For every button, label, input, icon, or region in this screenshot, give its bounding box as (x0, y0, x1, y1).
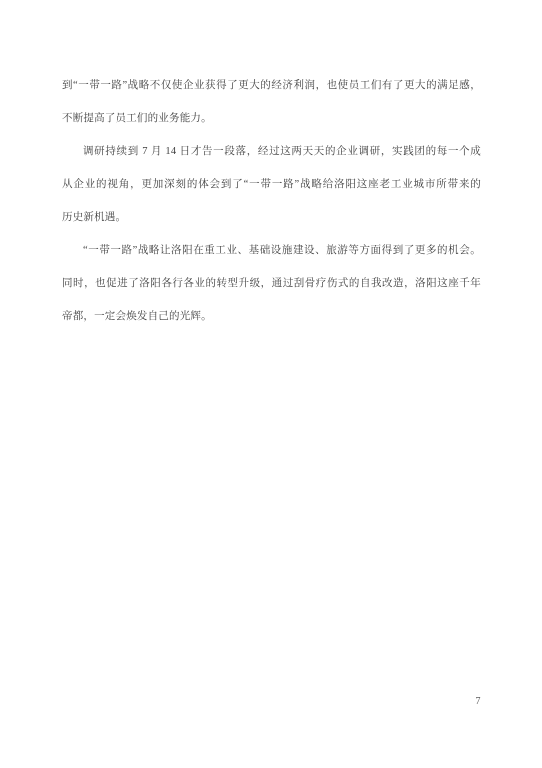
text-line: 帝都，一定会焕发自己的光辉。 (62, 300, 481, 333)
text-line: 调研持续到 7 月 14 日才告一段落，经过这两天天的企业调研，实践团的每一个成… (62, 135, 481, 168)
text-line: 历史新机遇。 (62, 201, 481, 234)
paragraph: “一带一路”战略让洛阳在重工业、基础设施建设、旅游等方面得到了更多的机会。同时，… (62, 234, 481, 333)
paragraph: 到“一带一路”战略不仅使企业获得了更大的经济利润，也使员工们有了更大的满足感，不… (62, 69, 481, 135)
text-line: 同时，也促进了洛阳各行各业的转型升级，通过刮骨疗伤式的自我改造，洛阳这座千年 (62, 267, 481, 300)
text-line: 从企业的视角，更加深刻的体会到了“一带一路”战略给洛阳这座老工业城市所带来的 (62, 168, 481, 201)
text-line: 不断提高了员工们的业务能力。 (62, 102, 481, 135)
page-number: 7 (468, 692, 488, 712)
document-body: 到“一带一路”战略不仅使企业获得了更大的经济利润，也使员工们有了更大的满足感，不… (62, 69, 481, 333)
text-line: “一带一路”战略让洛阳在重工业、基础设施建设、旅游等方面得到了更多的机会。 (62, 234, 481, 267)
paragraph: 调研持续到 7 月 14 日才告一段落，经过这两天天的企业调研，实践团的每一个成… (62, 135, 481, 234)
text-line: 到“一带一路”战略不仅使企业获得了更大的经济利润，也使员工们有了更大的满足感， (62, 69, 481, 102)
document-page: 到“一带一路”战略不仅使企业获得了更大的经济利润，也使员工们有了更大的满足感，不… (0, 0, 542, 768)
